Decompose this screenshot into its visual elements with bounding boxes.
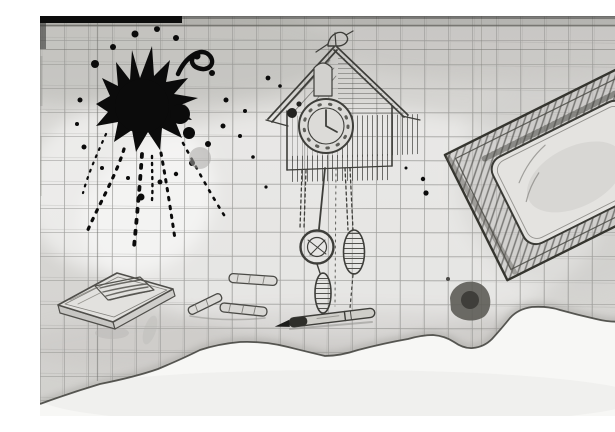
faint-round-stain [189, 147, 211, 169]
scanned-sketch-photo: Ink blot and sketches on torn graph pape… [40, 16, 615, 416]
